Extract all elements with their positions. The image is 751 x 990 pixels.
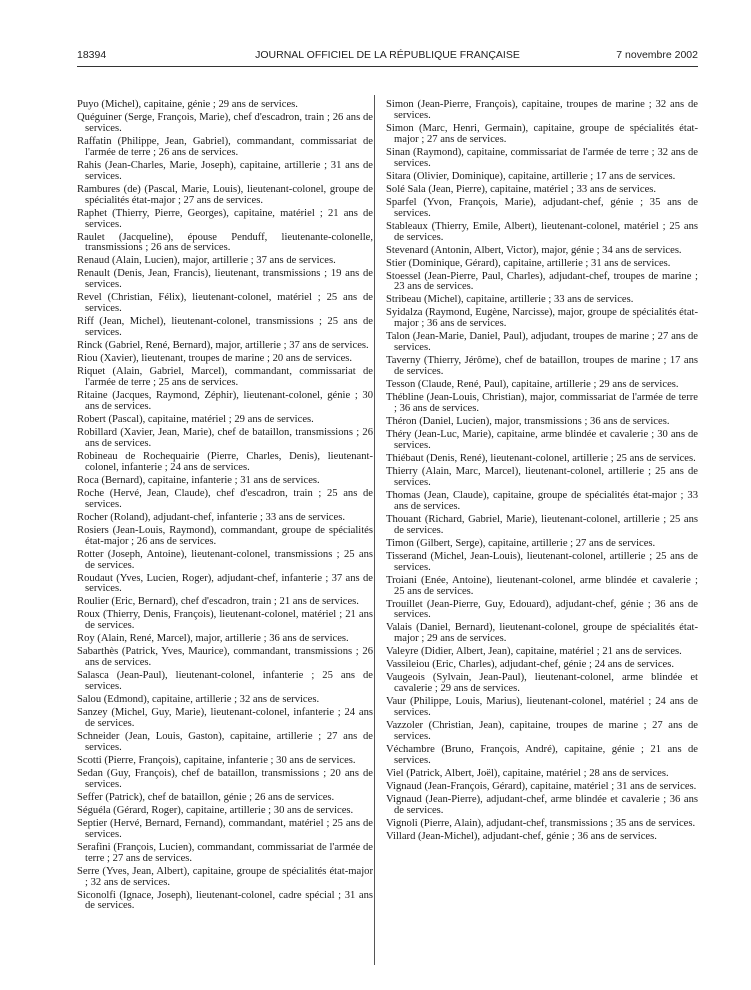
list-item: Riquet (Alain, Gabriel, Marcel), command… [77,367,373,389]
list-item: Roulier (Eric, Bernard), chef d'escadron… [77,597,373,608]
list-item: Simon (Jean-Pierre, François), capitaine… [386,100,698,122]
list-item: Renault (Denis, Jean, Francis), lieutena… [77,269,373,291]
list-item: Théry (Jean-Luc, Marie), capitaine, arme… [386,430,698,452]
list-item: Sabarthès (Patrick, Yves, Maurice), comm… [77,647,373,669]
list-item: Villard (Jean-Michel), adjudant-chef, gé… [386,832,698,843]
list-item: Riff (Jean, Michel), lieutenant-colonel,… [77,317,373,339]
list-item: Raffatin (Philippe, Jean, Gabriel), comm… [77,137,373,159]
list-item: Stribeau (Michel), capitaine, artillerie… [386,295,698,306]
list-item: Raulet (Jacqueline), épouse Penduff, lie… [77,233,373,255]
list-item: Valeyre (Didier, Albert, Jean), capitain… [386,647,698,658]
list-item: Sinan (Raymond), capitaine, commissariat… [386,148,698,170]
list-item: Roca (Bernard), capitaine, infanterie ; … [77,476,373,487]
list-item: Puyo (Michel), capitaine, génie ; 29 ans… [77,100,373,111]
list-item: Talon (Jean-Marie, Daniel, Paul), adjuda… [386,332,698,354]
right-column: Simon (Jean-Pierre, François), capitaine… [386,100,698,845]
list-item: Vignoli (Pierre, Alain), adjudant-chef, … [386,819,698,830]
list-item: Robillard (Xavier, Jean, Marie), chef de… [77,428,373,450]
list-item: Roudaut (Yves, Lucien, Roger), adjudant-… [77,574,373,596]
list-item: Taverny (Thierry, Jérôme), chef de batai… [386,356,698,378]
list-item: Trouillet (Jean-Pierre, Guy, Edouard), a… [386,600,698,622]
list-item: Stoessel (Jean-Pierre, Paul, Charles), a… [386,272,698,294]
list-item: Rahis (Jean-Charles, Marie, Joseph), cap… [77,161,373,183]
list-item: Rambures (de) (Pascal, Marie, Louis), li… [77,185,373,207]
list-item: Stableaux (Thierry, Emile, Albert), lieu… [386,222,698,244]
list-item: Tesson (Claude, René, Paul), capitaine, … [386,380,698,391]
list-item: Valais (Daniel, Bernard), lieutenant-col… [386,623,698,645]
list-item: Quéguiner (Serge, François, Marie), chef… [77,113,373,135]
list-item: Stevenard (Antonin, Albert, Victor), maj… [386,246,698,257]
list-item: Tisserand (Michel, Jean-Louis), lieutena… [386,552,698,574]
list-item: Sedan (Guy, François), chef de bataillon… [77,769,373,791]
list-item: Salou (Edmond), capitaine, artillerie ; … [77,695,373,706]
list-item: Riou (Xavier), lieutenant, troupes de ma… [77,354,373,365]
list-item: Roux (Thierry, Denis, François), lieuten… [77,610,373,632]
header-rule [77,66,698,67]
list-item: Roy (Alain, René, Marcel), major, artill… [77,634,373,645]
list-item: Thomas (Jean, Claude), capitaine, groupe… [386,491,698,513]
list-item: Syidalza (Raymond, Eugène, Narcisse), ma… [386,308,698,330]
list-item: Troiani (Enée, Antoine), lieutenant-colo… [386,576,698,598]
list-item: Solé Sala (Jean, Pierre), capitaine, mat… [386,185,698,196]
list-item: Robineau de Rochequairie (Pierre, Charle… [77,452,373,474]
list-item: Roche (Hervé, Jean, Claude), chef d'esca… [77,489,373,511]
list-item: Vassileiou (Eric, Charles), adjudant-che… [386,660,698,671]
list-item: Séguéla (Gérard, Roger), capitaine, arti… [77,806,373,817]
list-item: Simon (Marc, Henri, Germain), capitaine,… [386,124,698,146]
list-item: Rotter (Joseph, Antoine), lieutenant-col… [77,550,373,572]
list-item: Siconolfi (Ignace, Joseph), lieutenant-c… [77,891,373,913]
list-item: Viel (Patrick, Albert, Joël), capitaine,… [386,769,698,780]
column-divider [374,95,375,965]
list-item: Véchambre (Bruno, François, André), capi… [386,745,698,767]
journal-title: JOURNAL OFFICIEL DE LA RÉPUBLIQUE FRANÇA… [77,49,698,61]
list-item: Revel (Christian, Félix), lieutenant-col… [77,293,373,315]
list-item: Sanzey (Michel, Guy, Marie), lieutenant-… [77,708,373,730]
list-item: Robert (Pascal), capitaine, matériel ; 2… [77,415,373,426]
list-item: Vazzoler (Christian, Jean), capitaine, t… [386,721,698,743]
list-item: Thébline (Jean-Louis, Christian), major,… [386,393,698,415]
list-item: Théron (Daniel, Lucien), major, transmis… [386,417,698,428]
page-header: 18394 JOURNAL OFFICIEL DE LA RÉPUBLIQUE … [77,49,698,63]
list-item: Ritaine (Jacques, Raymond, Zéphir), lieu… [77,391,373,413]
list-item: Sitara (Olivier, Dominique), capitaine, … [386,172,698,183]
list-item: Sparfel (Yvon, François, Marie), adjudan… [386,198,698,220]
publication-date: 7 novembre 2002 [616,49,698,61]
list-item: Thierry (Alain, Marc, Marcel), lieutenan… [386,467,698,489]
list-item: Serafini (François, Lucien), commandant,… [77,843,373,865]
list-item: Raphet (Thierry, Pierre, Georges), capit… [77,209,373,231]
list-item: Seffer (Patrick), chef de bataillon, gén… [77,793,373,804]
list-item: Salasca (Jean-Paul), lieutenant-colonel,… [77,671,373,693]
left-column: Puyo (Michel), capitaine, génie ; 29 ans… [77,100,373,914]
list-item: Renaud (Alain, Lucien), major, artilleri… [77,256,373,267]
list-item: Vaugeois (Sylvain, Jean-Paul), lieutenan… [386,673,698,695]
list-item: Thouant (Richard, Gabriel, Marie), lieut… [386,515,698,537]
list-item: Scotti (Pierre, François), capitaine, in… [77,756,373,767]
list-item: Rocher (Roland), adjudant-chef, infanter… [77,513,373,524]
list-item: Vignaud (Jean-François, Gérard), capitai… [386,782,698,793]
list-item: Thiébaut (Denis, René), lieutenant-colon… [386,454,698,465]
list-item: Rosiers (Jean-Louis, Raymond), commandan… [77,526,373,548]
list-item: Vaur (Philippe, Louis, Marius), lieutena… [386,697,698,719]
list-item: Rinck (Gabriel, René, Bernard), major, a… [77,341,373,352]
list-item: Timon (Gilbert, Serge), capitaine, artil… [386,539,698,550]
list-item: Serre (Yves, Jean, Albert), capitaine, g… [77,867,373,889]
list-item: Schneider (Jean, Louis, Gaston), capitai… [77,732,373,754]
list-item: Vignaud (Jean-Pierre), adjudant-chef, ar… [386,795,698,817]
list-item: Septier (Hervé, Bernard, Fernand), comma… [77,819,373,841]
list-item: Stier (Dominique, Gérard), capitaine, ar… [386,259,698,270]
